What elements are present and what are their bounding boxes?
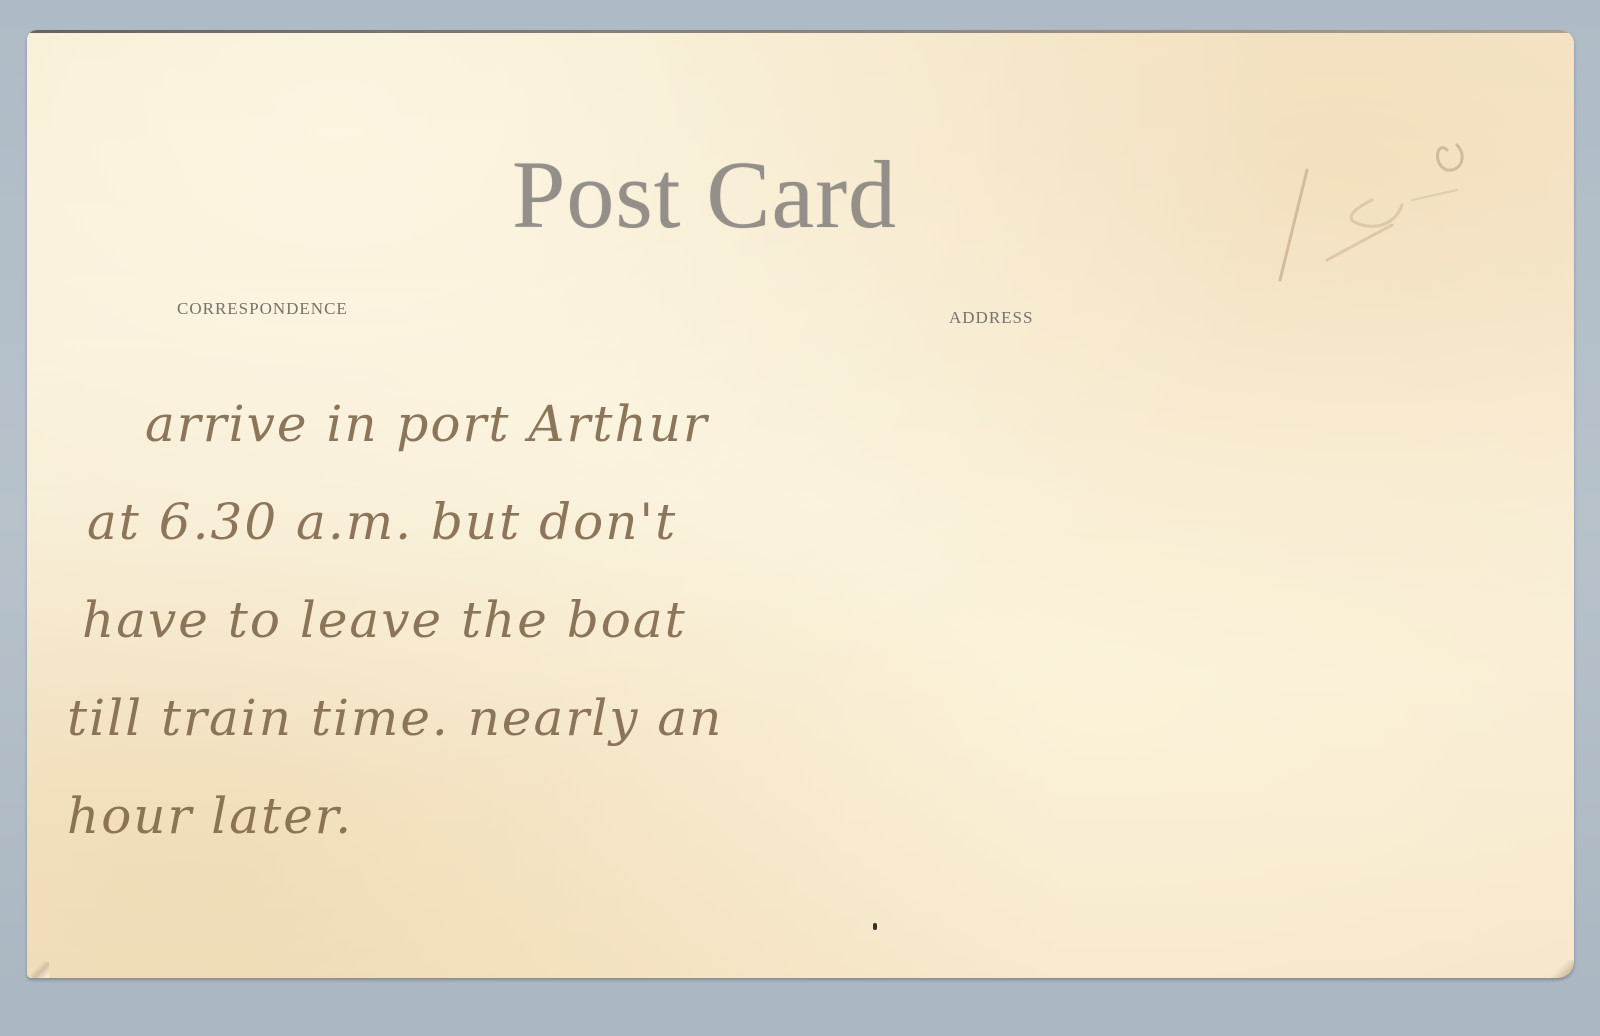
address-label: ADDRESS [949,309,1033,326]
card-top-edge-shadow [27,30,1574,33]
postcard-title: Post Card [512,147,897,243]
postcard: Post Card CORRESPONDENCE ADDRESS arrive … [27,30,1574,978]
ink-speck [873,923,877,930]
bent-corner [27,962,49,978]
message-line: till train time. nearly an [67,669,1027,767]
message-line: hour later. [67,767,1027,865]
handwritten-message: arrive in port Arthur at 6.30 a.m. but d… [67,375,1027,865]
message-line: have to leave the boat [67,571,1027,669]
correspondence-label: CORRESPONDENCE [177,300,348,317]
message-line: at 6.30 a.m. but don't [67,473,1027,571]
pencil-price-mark-icon [1252,110,1482,290]
message-line: arrive in port Arthur [67,375,1027,473]
